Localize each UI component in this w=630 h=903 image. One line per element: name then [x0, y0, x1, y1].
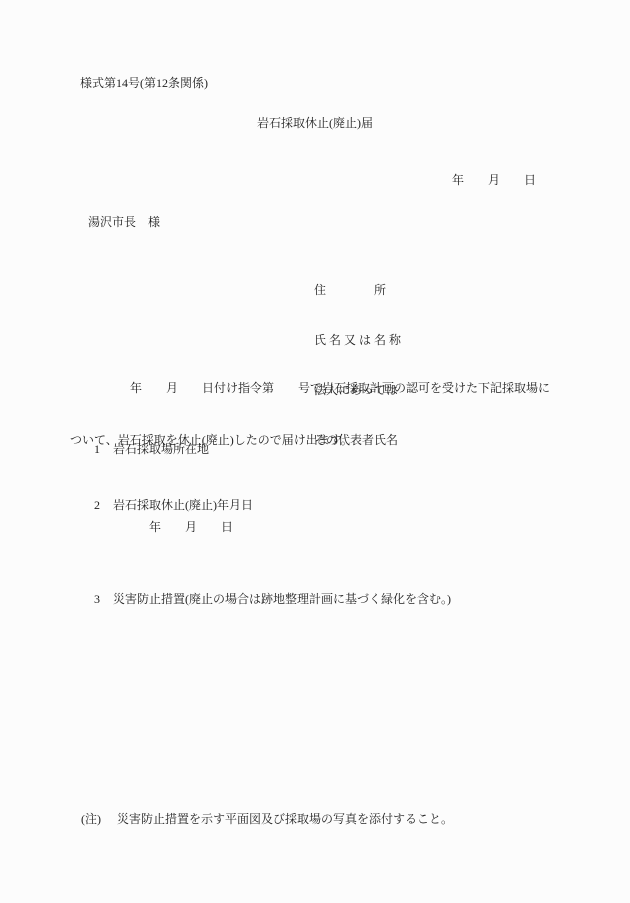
item-2-number: 2 [94, 498, 100, 512]
body-paragraph-line1: 年 月 日付け指令第 号で岩石採取計画の認可を受けた下記採取場に [70, 378, 570, 398]
form-number: 様式第14号(第12条関係) [80, 75, 208, 91]
submission-date-line: 年 月 日 [452, 172, 536, 188]
item-3-disaster-prevention: 3災害防止措置(廃止の場合は跡地整理計画に基づく緑化を含む。) [82, 575, 451, 623]
document-page: 様式第14号(第12条関係) 岩石採取休止(廃止)届 年 月 日 湯沢市長 様 … [0, 0, 630, 903]
item-2-date-line: 年 月 日 [149, 519, 233, 535]
document-title: 岩石採取休止(廃止)届 [0, 115, 630, 131]
item-3-label: 災害防止措置(廃止の場合は跡地整理計画に基づく緑化を含む。) [113, 592, 451, 606]
item-1-location: 1岩石採取場所在地 [82, 425, 209, 473]
sender-address-label: 住 所 [314, 281, 401, 299]
item-3-number: 3 [94, 592, 100, 606]
item-1-number: 1 [94, 442, 100, 456]
footnote-marker: (注) [81, 812, 101, 826]
item-2-label: 岩石採取休止(廃止)年月日 [113, 498, 253, 512]
item-1-label: 岩石採取場所在地 [113, 442, 209, 456]
footnote: (注)災害防止措置を示す平面図及び採取場の写真を添付すること。 [69, 795, 453, 843]
recipient-line: 湯沢市長 様 [88, 214, 160, 230]
footnote-text: 災害防止措置を示す平面図及び採取場の写真を添付すること。 [117, 812, 453, 826]
